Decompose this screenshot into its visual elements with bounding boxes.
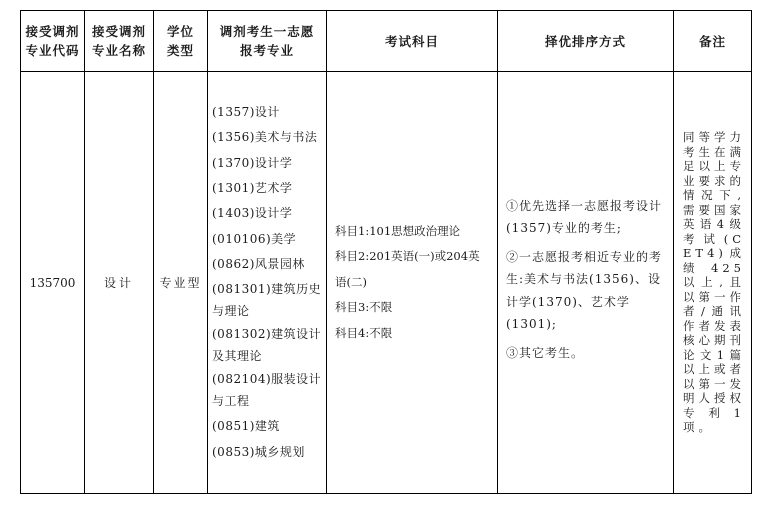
major-item: (0862)风景园林	[212, 252, 324, 277]
header-name-line2: 专业名称	[85, 41, 153, 60]
major-item: (082104)服装设计与工程	[212, 369, 324, 412]
cell-subjects: 科目1:101思想政治理论 科目2:201英语(一)或204英语(二) 科目3:…	[327, 72, 498, 494]
subject-item: 科目1:101思想政治理论	[335, 219, 491, 245]
priority-item: ②一志愿报考相近专业的考生:美术与书法(1356)、设计学(1370)、艺术学(…	[506, 246, 667, 336]
major-item: (1301)艺术学	[212, 176, 324, 201]
major-item: (1356)美术与书法	[212, 125, 324, 150]
major-item: (1357)设计	[212, 100, 324, 125]
header-degree-line1: 学位	[154, 22, 207, 41]
major-item: (0853)城乡规划	[212, 440, 324, 465]
header-priority: 择优排序方式	[498, 11, 674, 72]
cell-name: 设计	[85, 72, 154, 494]
header-name-line1: 接受调剂	[85, 22, 153, 41]
cell-first-choice-majors: (1357)设计 (1356)美术与书法 (1370)设计学 (1301)艺术学…	[208, 72, 327, 494]
header-name: 接受调剂 专业名称	[85, 11, 154, 72]
cell-code: 135700	[21, 72, 85, 494]
header-subjects: 考试科目	[327, 11, 498, 72]
priority-item: ③其它考生。	[506, 342, 667, 365]
header-remark: 备注	[674, 11, 752, 72]
header-row: 接受调剂 专业代码 接受调剂 专业名称 学位 类型 调剂考生一志愿 报考专业 考…	[21, 11, 752, 72]
header-code-line1: 接受调剂	[21, 22, 84, 41]
header-degree-type: 学位 类型	[154, 11, 208, 72]
header-first-choice: 调剂考生一志愿 报考专业	[208, 11, 327, 72]
major-item: (0851)建筑	[212, 414, 324, 439]
adjustment-table: 接受调剂 专业代码 接受调剂 专业名称 学位 类型 调剂考生一志愿 报考专业 考…	[20, 10, 752, 494]
table-row: 135700 设计 专业型 (1357)设计 (1356)美术与书法 (1370…	[21, 72, 752, 494]
header-degree-line2: 类型	[154, 41, 207, 60]
cell-degree-type: 专业型	[154, 72, 208, 494]
major-item: (010106)美学	[212, 227, 324, 252]
remark-text: 同等学力考生在满足以上专业要求的情况下,需要国家英语4级考试(CET4)成绩42…	[683, 130, 745, 435]
cell-priority: ①优先选择一志愿报考设计(1357)专业的考生; ②一志愿报考相近专业的考生:美…	[498, 72, 674, 494]
major-item: (081301)建筑历史与理论	[212, 279, 324, 322]
subject-item: 科目2:201英语(一)或204英语(二)	[335, 244, 491, 295]
subject-item: 科目3:不限	[335, 295, 491, 321]
subject-item: 科目4:不限	[335, 321, 491, 347]
header-first-choice-line1: 调剂考生一志愿	[208, 22, 326, 41]
major-item: (081302)建筑设计及其理论	[212, 324, 324, 367]
header-code-line2: 专业代码	[21, 41, 84, 60]
major-item: (1370)设计学	[212, 151, 324, 176]
major-item: (1403)设计学	[212, 201, 324, 226]
header-code: 接受调剂 专业代码	[21, 11, 85, 72]
cell-remark: 同等学力考生在满足以上专业要求的情况下,需要国家英语4级考试(CET4)成绩42…	[674, 72, 752, 494]
priority-item: ①优先选择一志愿报考设计(1357)专业的考生;	[506, 195, 667, 240]
header-first-choice-line2: 报考专业	[208, 41, 326, 60]
